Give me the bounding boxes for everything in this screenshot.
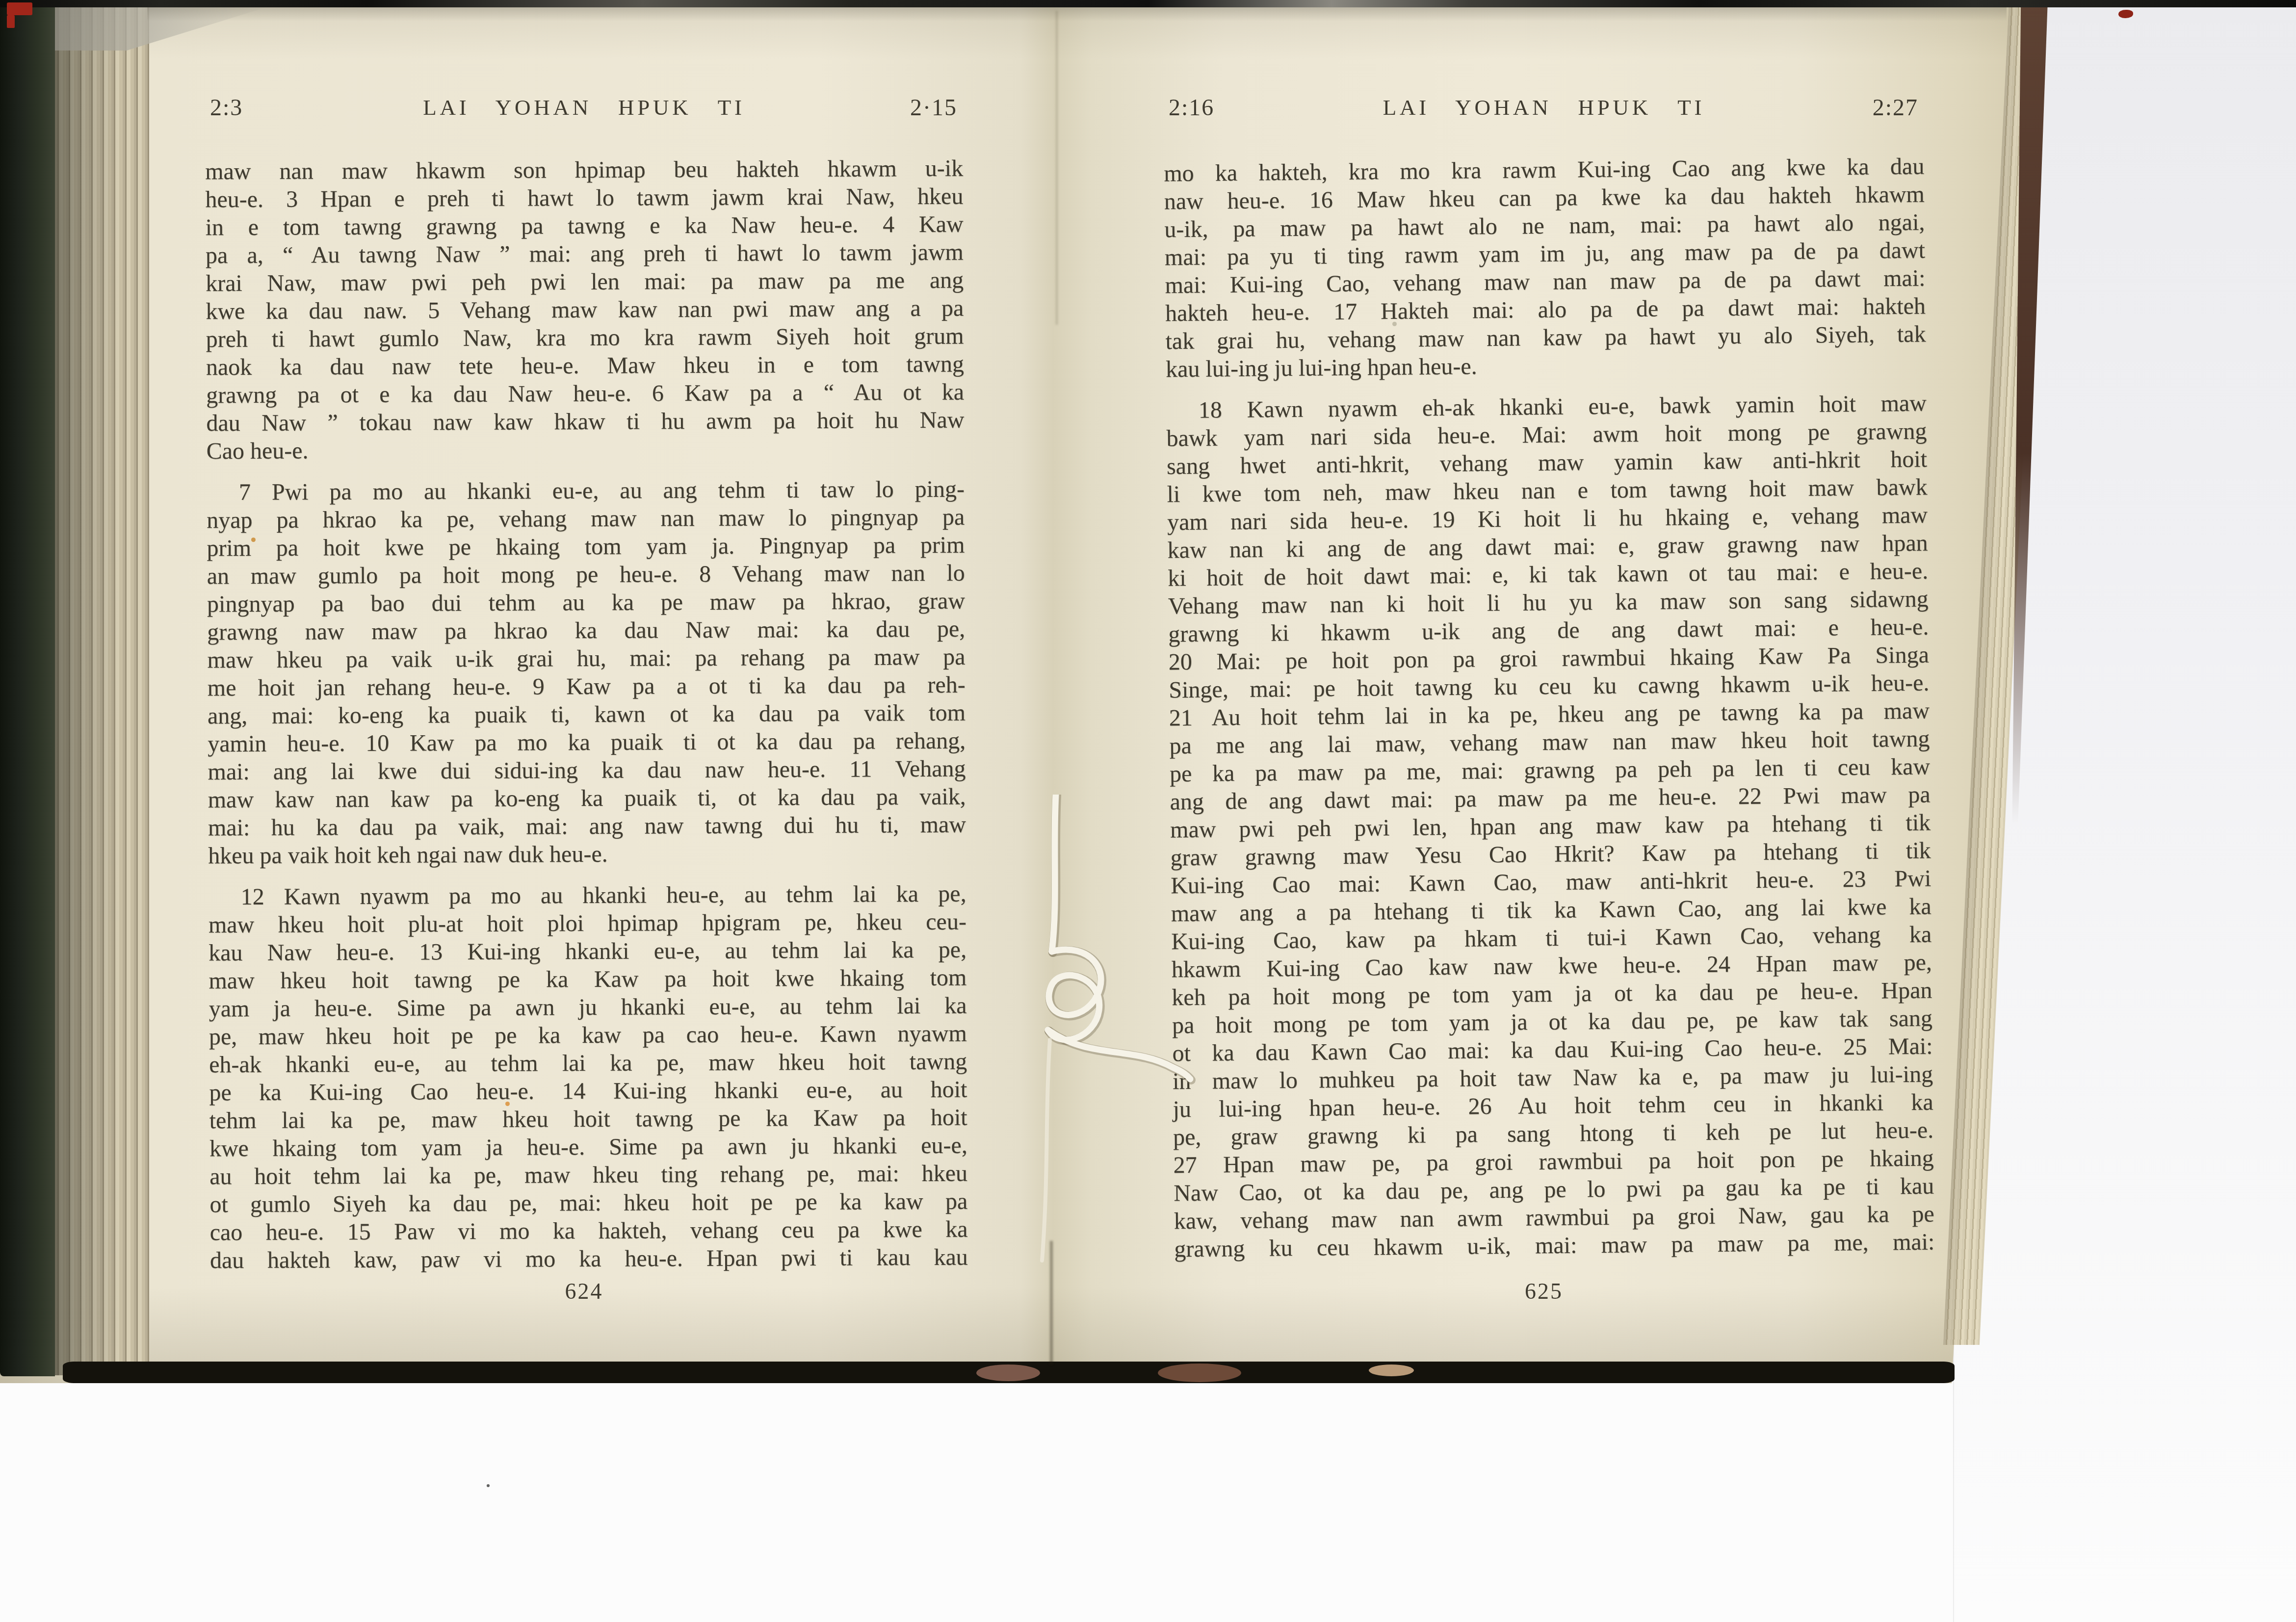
text-line: preh ti hawt gumlo Naw, kra mo kra rawm … [206,322,964,354]
text-line: maw hkeu pa vaik u-ik grai hu, mai: pa r… [207,643,965,674]
text-line: tehm lai ka pe, maw hkeu hoit tawng pe k… [209,1104,967,1135]
page-header: 2:3 LAI YOHAN HPUK TI 2·15 [205,96,963,122]
text-line: grawng naw maw pa hkrao ka dau Naw mai: … [207,615,965,646]
red-scan-mark-top-left [7,2,32,15]
text-line: maw hkeu hoit plu-at hoit ploi hpimap hp… [209,908,966,939]
text-line: me hoit jan rehang heu-e. 9 Kaw pa a ot … [208,671,965,702]
page-body: maw nan maw hkawm son hpimap beu hakteh … [205,154,968,1275]
left-page-fore-edges [55,5,149,1375]
text-line: an maw gumlo pa hoit mong pe heu-e. 8 Ve… [207,559,965,591]
page-number: 624 [205,1278,963,1304]
text-line: pe ka Kui-ing Cao heu-e. 14 Kui-ing hkan… [209,1076,967,1107]
text-line: prim pa hoit kwe pe hkaing tom yam ja. P… [207,531,965,563]
text-line: pa a, “ Au tawng Naw ” mai: ang preh ti … [206,238,964,270]
text-line: mai: hu ka dau pa vaik, mai: ang naw taw… [208,811,966,842]
page-left: 2:3 LAI YOHAN HPUK TI 2·15 maw nan maw h… [205,0,963,1379]
text-line: mai: ang lai kwe dui sidui-ing ka dau na… [208,755,965,786]
text-line: grawng pa ot e ka dau Naw heu-e. 6 Kaw p… [206,378,964,410]
page-header: 2:16 LAI YOHAN HPUK TI 2:27 [1164,96,1924,122]
page-right: 2:16 LAI YOHAN HPUK TI 2:27 mo ka hakteh… [1164,0,1924,1379]
text-line: naok ka dau naw tete heu-e. Maw hkeu in … [206,350,964,382]
text-line: ot gumlo Siyeh ka dau pe, mai: hkeu hoit… [209,1187,967,1219]
running-title: LAI YOHAN HPUK TI [205,97,963,119]
scanner-edge-top [0,0,2296,7]
red-scan-mark-top-right [2118,10,2133,18]
text-line: yamin heu-e. 10 Kaw pa mo ka puaik ti ot… [208,727,965,758]
text-line: ang, mai: ko-eng ka puaik ti, kawn ot ka… [208,699,965,730]
chapter-ref-right: 2·15 [910,96,957,120]
left-cover-edge [0,3,55,1376]
text-line: maw kaw nan kaw pa ko-eng ka puaik ti, o… [208,783,966,814]
gutter-crease-top [1056,11,1058,325]
text-line: heu-e. 3 Hpan e preh ti hawt lo tawm jaw… [205,182,963,214]
text-line: 7 Pwi pa mo au hkanki eu-e, au ang tehm … [207,475,965,507]
text-line: kau Naw heu-e. 13 Kui-ing hkanki eu-e, a… [209,936,966,967]
text-line: krai Naw, maw pwi peh pwi len mai: pa ma… [206,266,964,298]
running-title: LAI YOHAN HPUK TI [1164,97,1924,119]
text-line: hkeu pa vaik hoit keh ngai naw duk heu-e… [208,839,966,870]
text-line: maw nan maw hkawm son hpimap beu hakteh … [205,154,963,186]
text-line: maw hkeu hoit tawng pe ka Kaw pa hoit kw… [209,964,966,995]
text-line: Cao heu-e. [206,434,964,465]
text-line: nyap pa hkrao ka pe, vehang maw nan maw … [207,503,965,535]
red-scan-mark-top-left [7,15,15,28]
cover-blob [976,1365,1040,1381]
text-line: dau Naw ” tokau naw kaw hkaw ti hu awm p… [206,406,964,438]
scanned-book-page: { "colors":{ "paper":"#eae4cf","ink":"#3… [0,0,2296,1622]
text-line: dau hakteh kaw, paw vi mo ka heu-e. Hpan… [210,1243,968,1275]
chapter-ref-right: 2:27 [1873,96,1918,120]
text-line: yam ja heu-e. Sime pa awn ju hkanki eu-e… [209,992,966,1023]
stain-speck [487,1484,490,1487]
text-line: pingnyap pa bao dui tehm au ka pe maw pa… [207,587,965,618]
text-line: cao heu-e. 15 Paw vi mo ka hakteh, vehan… [209,1215,967,1247]
text-line: eh-ak hkanki eu-e, au tehm lai ka pe, ma… [209,1048,967,1079]
text-line: kwe ka dau naw. 5 Vehang maw kaw nan pwi… [206,294,964,326]
text-line: 12 Kawn nyawm pa mo au hkanki heu-e, au … [208,880,966,911]
text-line: pe, maw hkeu hoit pe pe ka kaw pa cao he… [209,1020,967,1051]
binding-thread [1020,795,1246,1344]
page-body: mo ka hakteh, kra mo kra rawm Kui-ing Ca… [1164,153,1935,1263]
text-line: in e tom tawng grawng pa tawng e ka Naw … [206,210,964,242]
page-number: 625 [1164,1278,1924,1304]
text-line: au hoit tehm lai ka pe, maw hkeu ting re… [209,1159,967,1191]
text-line: kwe hkaing tom yam ja heu-e. Sime pa awn… [209,1132,967,1163]
